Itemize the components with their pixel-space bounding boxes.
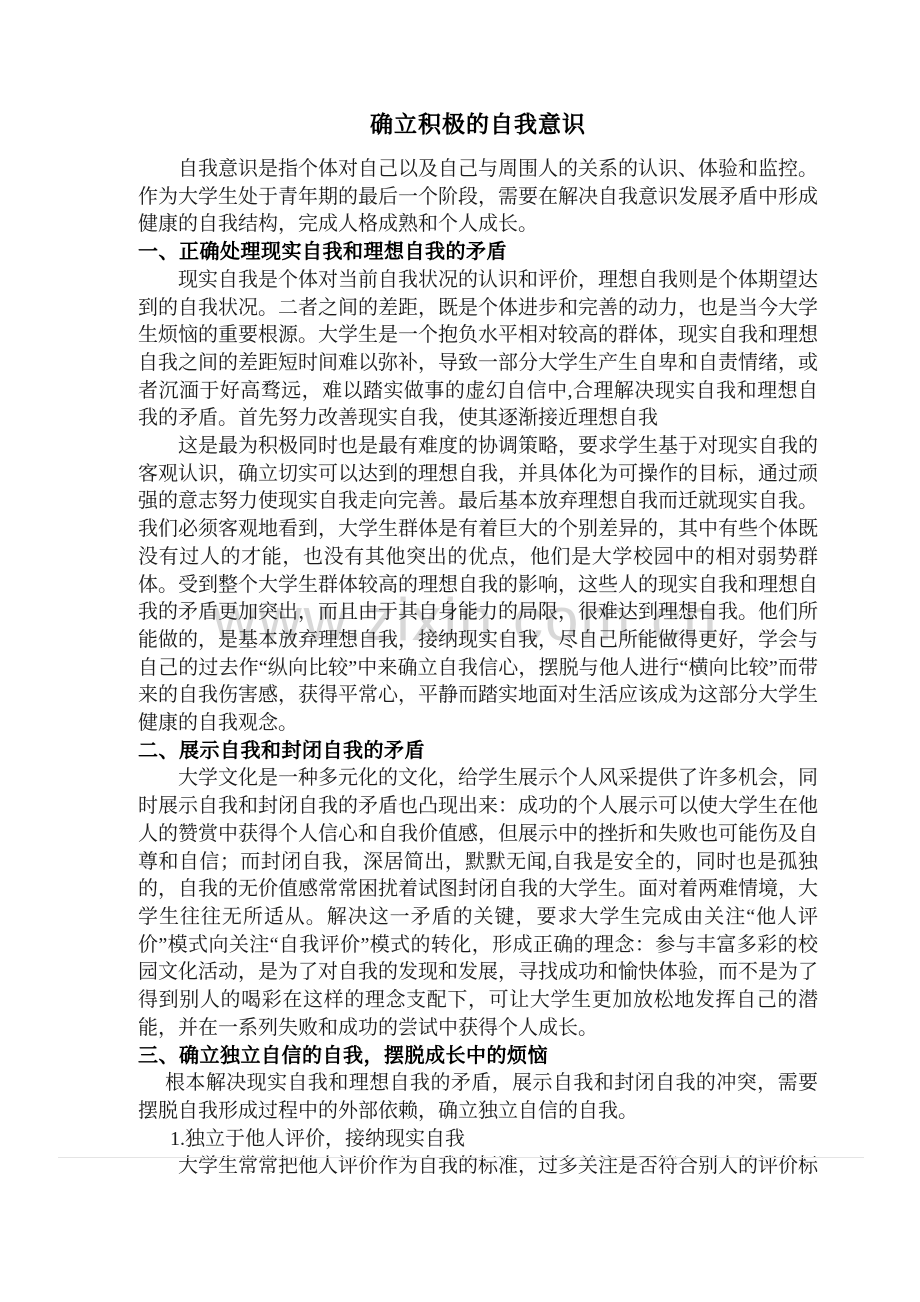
section-heading-1: 一、正确处理现实自我和理想自我的矛盾 bbox=[138, 239, 818, 267]
document-title: 确立积极的自我意识 bbox=[138, 110, 818, 140]
document-page: www.zixin.com.cn 确立积极的自我意识 自我意识是指个体对自己以及… bbox=[0, 0, 920, 1302]
section-1-paragraph-2: 这是最为积极同时也是最有难度的协调策略，要求学生基于对现实自我的客观认识，确立切… bbox=[138, 433, 818, 738]
section-1-paragraph-1: 现实自我是个体对当前自我状况的认识和评价，理想自我则是个体期望达到的自我状况。二… bbox=[138, 267, 818, 433]
scan-artifact-rule bbox=[58, 1157, 864, 1158]
intro-paragraph: 自我意识是指个体对自己以及自己与周围人的关系的认识、体验和监控。作为大学生处于青… bbox=[138, 156, 818, 239]
document-content: 确立积极的自我意识 自我意识是指个体对自己以及自己与周围人的关系的认识、体验和监… bbox=[138, 110, 818, 1181]
section-heading-2: 二、展示自我和封闭自我的矛盾 bbox=[138, 738, 818, 766]
section-3-paragraph-1: 根本解决现实自我和理想自我的矛盾，展示自我和封闭自我的冲突，需要摆脱自我形成过程… bbox=[138, 1070, 818, 1125]
section-2-paragraph-1: 大学文化是一种多元化的文化，给学生展示个人风采提供了许多机会，同时展示自我和封闭… bbox=[138, 765, 818, 1042]
section-heading-3: 三、确立独立自信的自我，摆脱成长中的烦恼 bbox=[138, 1043, 818, 1071]
section-3-subitem-1: 1.独立于他人评价，接纳现实自我 bbox=[138, 1126, 818, 1154]
